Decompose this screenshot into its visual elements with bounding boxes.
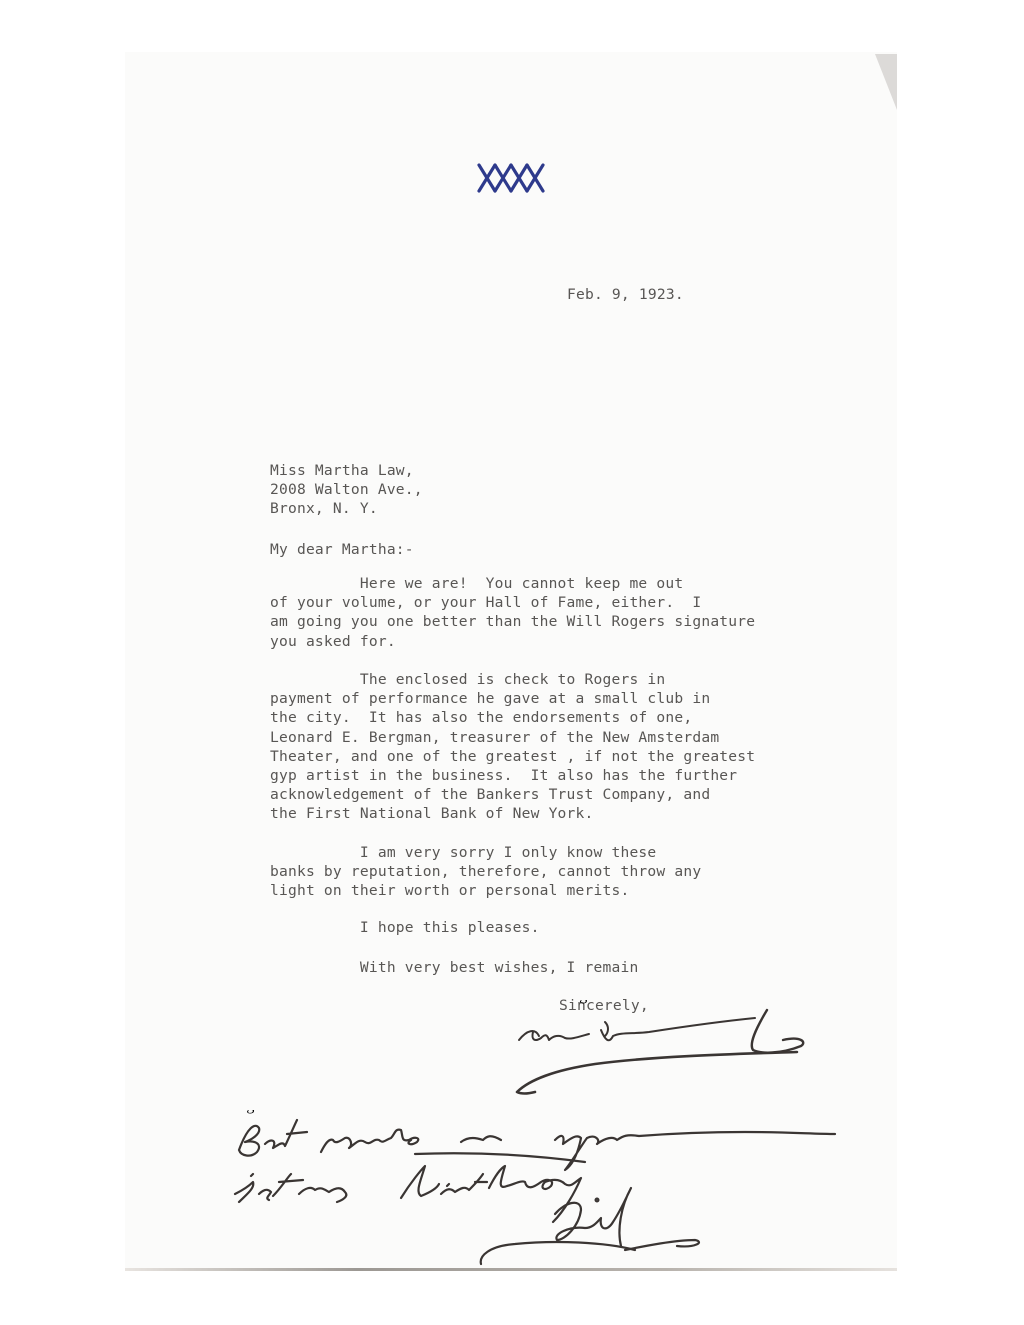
monogram-logo: XXXX: [477, 162, 549, 194]
recipient-street: 2008 Walton Ave.,: [270, 481, 423, 498]
svg-text:Ziegfeld: Ziegfeld: [225, 1110, 279, 1114]
body-paragraph: I am very sorry I only know these banks …: [270, 843, 701, 901]
handwritten-note: Ziegfeld: [225, 1110, 845, 1270]
letter-date: Feb. 9, 1923.: [567, 285, 684, 304]
recipient-name: Miss Martha Law,: [270, 462, 414, 479]
recipient-city: Bronx, N. Y.: [270, 500, 378, 517]
body-paragraph: Here we are! You cannot keep me out of y…: [270, 574, 755, 651]
body-paragraph: I hope this pleases.: [270, 918, 540, 937]
svg-text:Florenz Ziegfeld: Florenz Ziegfeld: [505, 1000, 612, 1004]
folded-corner: [875, 54, 897, 110]
body-paragraph: The enclosed is check to Rogers in payme…: [270, 670, 755, 824]
body-paragraph: With very best wishes, I remain: [270, 958, 638, 977]
salutation: My dear Martha:-: [270, 540, 414, 559]
signature: Florenz Ziegfeld: [505, 1000, 825, 1100]
svg-text:XXXX: XXXX: [477, 162, 524, 166]
recipient-address: Miss Martha Law, 2008 Walton Ave., Bronx…: [270, 461, 423, 519]
